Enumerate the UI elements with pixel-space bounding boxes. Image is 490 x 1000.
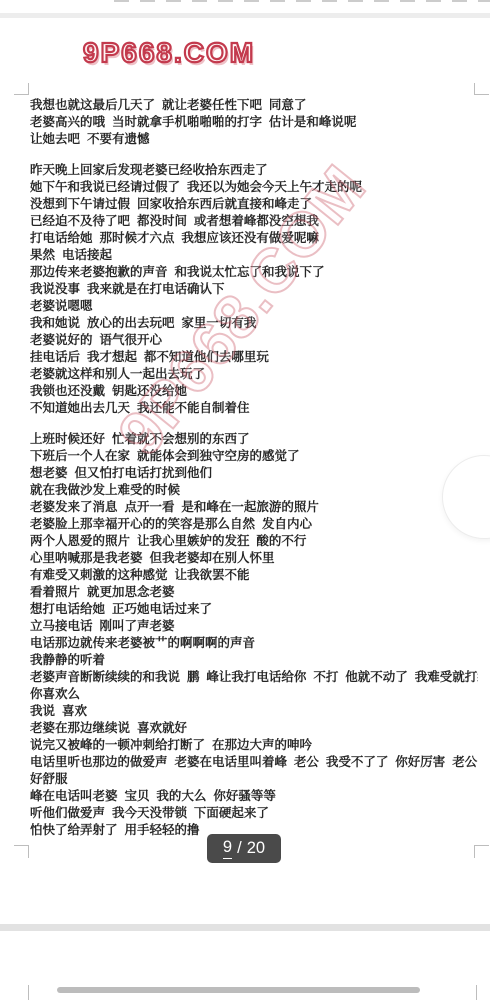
text-line: 好舒服 xyxy=(30,771,478,788)
next-page-corner-mark-right xyxy=(476,985,477,1000)
paragraph-section: 我想也就这最后几天了 就让老婆任性下吧 同意了老婆高兴的哦 当时就拿手机啪啪啪的… xyxy=(30,97,478,148)
text-line: 我和她说 放心的出去玩吧 家里一切有我 xyxy=(30,315,478,332)
text-line: 想老婆 但又怕打电话打扰到他们 xyxy=(30,465,478,482)
paragraph-section: 上班时候还好 忙着就不会想别的东西了下班后一个人在家 就能体会到独守空房的感觉了… xyxy=(30,431,478,839)
text-line: 打电话给她 那时候才六点 我想应该还没有做爱呢嘛 xyxy=(30,230,478,247)
next-page-corner-mark-left xyxy=(28,985,29,1000)
text-line: 上班时候还好 忙着就不会想别的东西了 xyxy=(30,431,478,448)
margin-corner-mark-bottom-left xyxy=(14,845,29,858)
total-page-number: 20 xyxy=(247,839,265,858)
page-gap-separator xyxy=(0,924,490,931)
text-line: 我想也就这最后几天了 就让老婆任性下吧 同意了 xyxy=(30,97,478,114)
text-line: 老婆说嗯嗯 xyxy=(30,298,478,315)
text-line: 心里呐喊那是我老婆 但我老婆却在别人怀里 xyxy=(30,550,478,567)
text-line: 老婆发来了消息 点开一看 是和峰在一起旅游的照片 xyxy=(30,499,478,516)
text-line: 电话那边就传来老婆被艹的啊啊啊的声音 xyxy=(30,635,478,652)
margin-corner-mark-top-right xyxy=(474,83,489,95)
site-logo: 9P668.COM xyxy=(83,37,255,69)
text-line: 老婆说好的 语气很开心 xyxy=(30,332,478,349)
text-line: 想打电话给她 正巧她电话过来了 xyxy=(30,601,478,618)
text-line: 昨天晚上回家后发现老婆已经收拾东西走了 xyxy=(30,162,478,179)
text-line: 我说没事 我来就是在打电话确认下 xyxy=(30,281,478,298)
text-line: 那边传来老婆抱歉的声音 和我说太忙忘了和我说下了 xyxy=(30,264,478,281)
text-line: 两个人恩爱的照片 让我心里嫉妒的发狂 酸的不行 xyxy=(30,533,478,550)
text-line: 老婆高兴的哦 当时就拿手机啪啪啪的打字 估计是和峰说呢 xyxy=(30,114,478,131)
text-line: 有难受又刺激的这种感觉 让我欲罢不能 xyxy=(30,567,478,584)
text-line: 电话里听也那边的做爱声 老婆在电话里叫着峰 老公 我受不了了 你好厉害 老公 你… xyxy=(30,754,478,771)
top-edge-dashed-line xyxy=(114,0,490,2)
text-line: 老婆在那边继续说 喜欢就好 xyxy=(30,720,478,737)
text-line: 下班后一个人在家 就能体会到独守空房的感觉了 xyxy=(30,448,478,465)
text-line: 不知道她出去几天 我还能不能自制着住 xyxy=(30,400,478,417)
page-indicator-badge[interactable]: 9 / 20 xyxy=(207,834,281,863)
text-line: 立马接电话 刚叫了声老婆 xyxy=(30,618,478,635)
text-line: 我锁也还没戴 钥匙还没给她 xyxy=(30,383,478,400)
document-text: 我想也就这最后几天了 就让老婆任性下吧 同意了老婆高兴的哦 当时就拿手机啪啪啪的… xyxy=(30,97,478,847)
text-line: 她下午和我说已经请过假了 我还以为她会今天上午才走的呢 xyxy=(30,179,478,196)
text-line: 峰在电话叫老婆 宝贝 我的大么 你好骚等等 xyxy=(30,788,478,805)
text-line: 果然 电话接起 xyxy=(30,247,478,264)
text-line: 老婆声音断断续续的和我说 鹏 峰让我打电话给你 不打 他就不动了 我难受就打给你… xyxy=(30,669,478,686)
next-page-divider-bar xyxy=(57,987,420,993)
text-line: 就在我做沙发上难受的时候 xyxy=(30,482,478,499)
text-line: 已经迫不及待了吧 都没时间 或者想着峰都没空想我 xyxy=(30,213,478,230)
current-page-number: 9 xyxy=(223,838,232,859)
text-line: 老婆脸上那幸福开心的的笑容是那么自然 发自内心 xyxy=(30,516,478,533)
text-line: 没想到下午请过假 回家收拾东西后就直接和峰走了 xyxy=(30,196,478,213)
text-line: 你喜欢么 xyxy=(30,686,478,703)
page-separator: / xyxy=(237,839,242,858)
paragraph-section: 昨天晚上回家后发现老婆已经收拾东西走了她下午和我说已经请过假了 我还以为她会今天… xyxy=(30,162,478,417)
text-line: 我说 喜欢 xyxy=(30,703,478,720)
margin-corner-mark-top-left xyxy=(14,83,29,95)
text-line: 让她去吧 不要有遗憾 xyxy=(30,131,478,148)
text-line: 我静静的听着 xyxy=(30,652,478,669)
text-line: 老婆就这样和别人一起出去玩了 xyxy=(30,366,478,383)
top-gray-band xyxy=(0,13,490,18)
text-line: 说完又被峰的一顿冲刺给打断了 在那边大声的呻吟 xyxy=(30,737,478,754)
text-line: 挂电话后 我才想起 都不知道他们去哪里玩 xyxy=(30,349,478,366)
text-line: 看着照片 就更加思念老婆 xyxy=(30,584,478,601)
text-line: 听他们做爱声 我今天没带锁 下面硬起来了 xyxy=(30,805,478,822)
